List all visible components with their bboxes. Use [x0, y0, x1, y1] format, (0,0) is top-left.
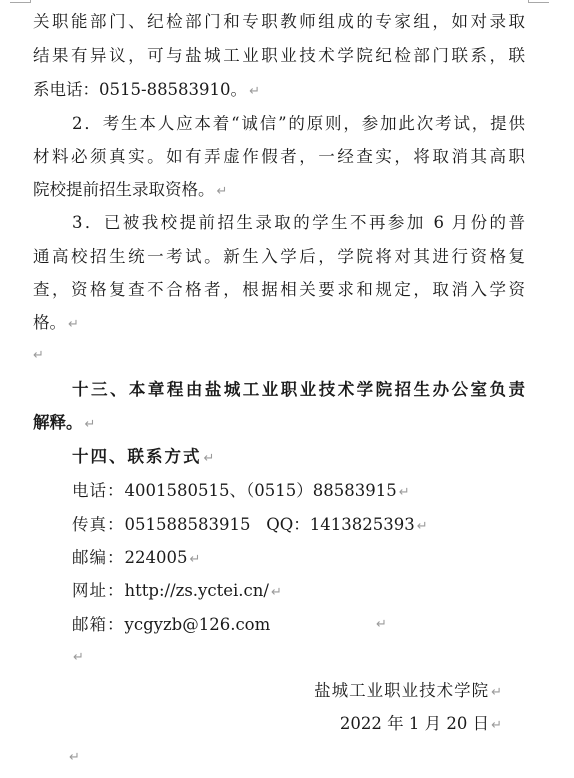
section-13-line-2: 解释。↵ [33, 411, 95, 435]
contact-fax-value: 051588583915 QQ：1413825393 [125, 515, 415, 534]
section-14-heading: 十四、联系方式↵ [72, 445, 214, 469]
paragraph-2-line-2: 材料必须真实。如有弄虚作假者，一经查实，将取消其高职 [33, 145, 525, 169]
section-14-heading-text: 十四、联系方式 [72, 447, 202, 466]
paragraph-3-line-4: 格。↵ [33, 311, 79, 335]
paragraph-3-line-2: 通高校招生统一考试。新生入学后，学院将对其进行资格复 [33, 245, 525, 269]
paragraph-mark-icon: ↵ [491, 718, 502, 733]
contact-phone-label: 电话： [72, 481, 125, 500]
paragraph-3-line-1: 3．已被我校提前招生录取的学生不再参加 6 月份的普 [72, 211, 525, 235]
paragraph-mark-icon: ↵ [249, 84, 260, 99]
contact-email-link[interactable]: ycgyzb@126.com [125, 615, 271, 634]
paragraph-mark-icon: ↵ [399, 485, 410, 500]
paragraph-mark-icon: ↵ [491, 685, 502, 700]
empty-paragraph-mark-icon: ↵ [69, 746, 80, 770]
contact-postcode-value: 224005 [125, 548, 188, 567]
contact-postcode: 邮编：224005↵ [72, 546, 200, 570]
section-13-line-1: 十三、本章程由盐城工业职业技术学院招生办公室负责 [72, 378, 525, 402]
contact-email: 邮箱：ycgyzb@126.com [72, 613, 270, 637]
paragraph-mark-icon: ↵ [190, 552, 201, 567]
paragraph-mark-icon: ↵ [85, 417, 96, 432]
paragraph-mark-icon: ↵ [68, 317, 79, 332]
paragraph-mark-icon: ↵ [204, 451, 215, 466]
paragraph-mark-icon: ↵ [271, 585, 282, 600]
paragraph-2-line-1: 2．考生本人应本着“诚信”的原则，参加此次考试，提供 [72, 112, 525, 136]
paragraph-2-line-3-text: 院校提前招生录取资格。 [33, 180, 215, 199]
page-corner-mark-top-left [10, 0, 31, 3]
signature-date: 2022 年 1 月 20 日↵ [340, 712, 502, 736]
paragraph-mark-icon: ↵ [417, 519, 428, 534]
contact-fax: 传真：051588583915 QQ：1413825393↵ [72, 513, 428, 537]
contact-phone-value: 4001580515、（0515）88583915 [125, 481, 397, 500]
contact-website-label: 网址： [72, 581, 125, 600]
contact-postcode-label: 邮编： [72, 548, 125, 567]
signature-organization-text: 盐城工业职业技术学院 [314, 681, 489, 700]
paragraph-1-line-3: 系电话：0515-88583910。↵ [33, 78, 260, 102]
section-13-line-2-text: 解释。 [33, 413, 83, 432]
paragraph-2-line-3: 院校提前招生录取资格。↵ [33, 178, 227, 202]
paragraph-3-line-4-text: 格。 [33, 313, 66, 332]
paragraph-mark-icon: ↵ [376, 613, 387, 637]
contact-website-link[interactable]: http://zs.yctei.cn/ [125, 581, 269, 600]
empty-paragraph-mark-icon: ↵ [33, 344, 44, 368]
paragraph-1-line-3-text: 系电话：0515-88583910。 [33, 80, 247, 99]
page-corner-mark-top-right [528, 0, 549, 3]
paragraph-3-line-3: 查，资格复查不合格者，根据相关要求和规定，取消入学资 [33, 278, 525, 302]
contact-fax-label: 传真： [72, 515, 125, 534]
paragraph-1-line-2: 结果有异议，可与盐城工业职业技术学院纪检部门联系，联 [33, 44, 525, 68]
contact-phone: 电话：4001580515、（0515）88583915↵ [72, 479, 410, 503]
empty-paragraph-mark-icon: ↵ [73, 646, 84, 670]
paragraph-mark-icon: ↵ [217, 184, 228, 199]
signature-date-text: 2022 年 1 月 20 日 [340, 714, 489, 733]
contact-website: 网址：http://zs.yctei.cn/↵ [72, 579, 282, 603]
contact-email-label: 邮箱： [72, 615, 125, 634]
signature-organization: 盐城工业职业技术学院↵ [314, 679, 502, 703]
paragraph-1-line-1: 关职能部门、纪检部门和专职教师组成的专家组，如对录取 [33, 10, 525, 34]
